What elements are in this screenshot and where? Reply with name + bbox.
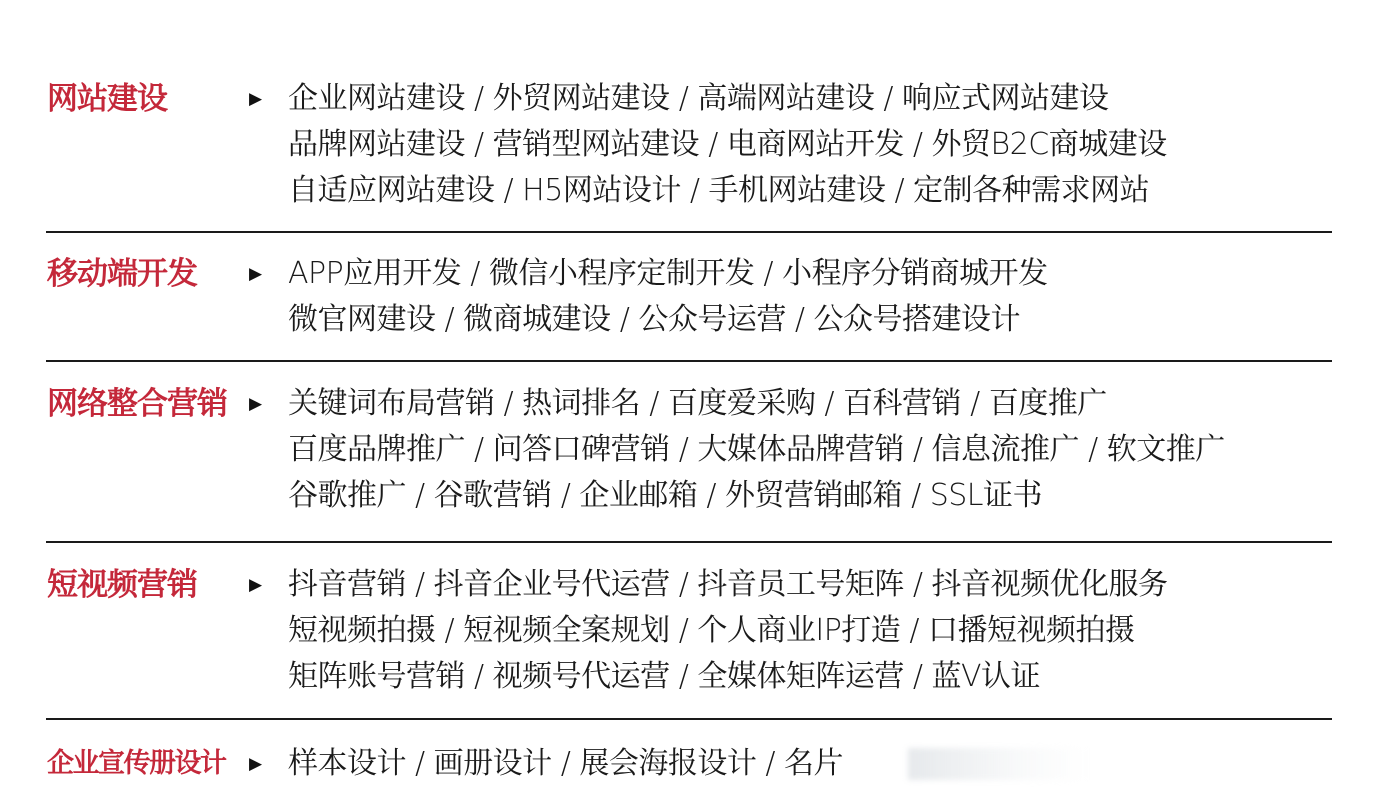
triangle-bullet-icon: ▶	[249, 76, 262, 122]
service-line: 矩阵账号营销 / 视频号代运营 / 全媒体矩阵运营 / 蓝V认证	[288, 654, 1168, 700]
category-title: 移动端开发	[47, 251, 197, 297]
category-title: 网络整合营销	[47, 381, 227, 427]
service-line: 品牌网站建设 / 营销型网站建设 / 电商网站开发 / 外贸B2C商城建设	[288, 122, 1167, 168]
service-line: 样本设计 / 画册设计 / 展会海报设计 / 名片	[288, 741, 843, 787]
triangle-bullet-icon: ▶	[249, 562, 262, 608]
service-list: 抖音营销 / 抖音企业号代运营 / 抖音员工号矩阵 / 抖音视频优化服务 短视频…	[288, 562, 1168, 700]
service-line: 关键词布局营销 / 热词排名 / 百度爱采购 / 百科营销 / 百度推广	[288, 381, 1225, 427]
section-divider	[46, 541, 1332, 543]
section-divider	[46, 718, 1332, 720]
blurred-region	[908, 748, 1088, 780]
service-list: 关键词布局营销 / 热词排名 / 百度爱采购 / 百科营销 / 百度推广 百度品…	[288, 381, 1225, 519]
category-title: 短视频营销	[47, 562, 197, 608]
category-title: 网站建设	[47, 76, 167, 122]
service-line: 企业网站建设 / 外贸网站建设 / 高端网站建设 / 响应式网站建设	[288, 76, 1167, 122]
service-line: 百度品牌推广 / 问答口碑营销 / 大媒体品牌营销 / 信息流推广 / 软文推广	[288, 427, 1225, 473]
service-line: 自适应网站建设 / H5网站设计 / 手机网站建设 / 定制各种需求网站	[288, 168, 1167, 214]
service-list: 企业网站建设 / 外贸网站建设 / 高端网站建设 / 响应式网站建设 品牌网站建…	[288, 76, 1167, 214]
triangle-bullet-icon: ▶	[249, 251, 262, 297]
section-divider	[46, 360, 1332, 362]
triangle-bullet-icon: ▶	[249, 741, 262, 787]
section-divider	[46, 231, 1332, 233]
category-title: 企业宣传册设计	[47, 741, 226, 787]
service-line: 抖音营销 / 抖音企业号代运营 / 抖音员工号矩阵 / 抖音视频优化服务	[288, 562, 1168, 608]
triangle-bullet-icon: ▶	[249, 381, 262, 427]
service-line: 谷歌推广 / 谷歌营销 / 企业邮箱 / 外贸营销邮箱 / SSL证书	[288, 473, 1225, 519]
service-line: APP应用开发 / 微信小程序定制开发 / 小程序分销商城开发	[288, 251, 1048, 297]
service-list: APP应用开发 / 微信小程序定制开发 / 小程序分销商城开发 微官网建设 / …	[288, 251, 1048, 343]
service-line: 短视频拍摄 / 短视频全案规划 / 个人商业IP打造 / 口播短视频拍摄	[288, 608, 1168, 654]
service-list: 样本设计 / 画册设计 / 展会海报设计 / 名片	[288, 741, 843, 787]
service-line: 微官网建设 / 微商城建设 / 公众号运营 / 公众号搭建设计	[288, 297, 1048, 343]
